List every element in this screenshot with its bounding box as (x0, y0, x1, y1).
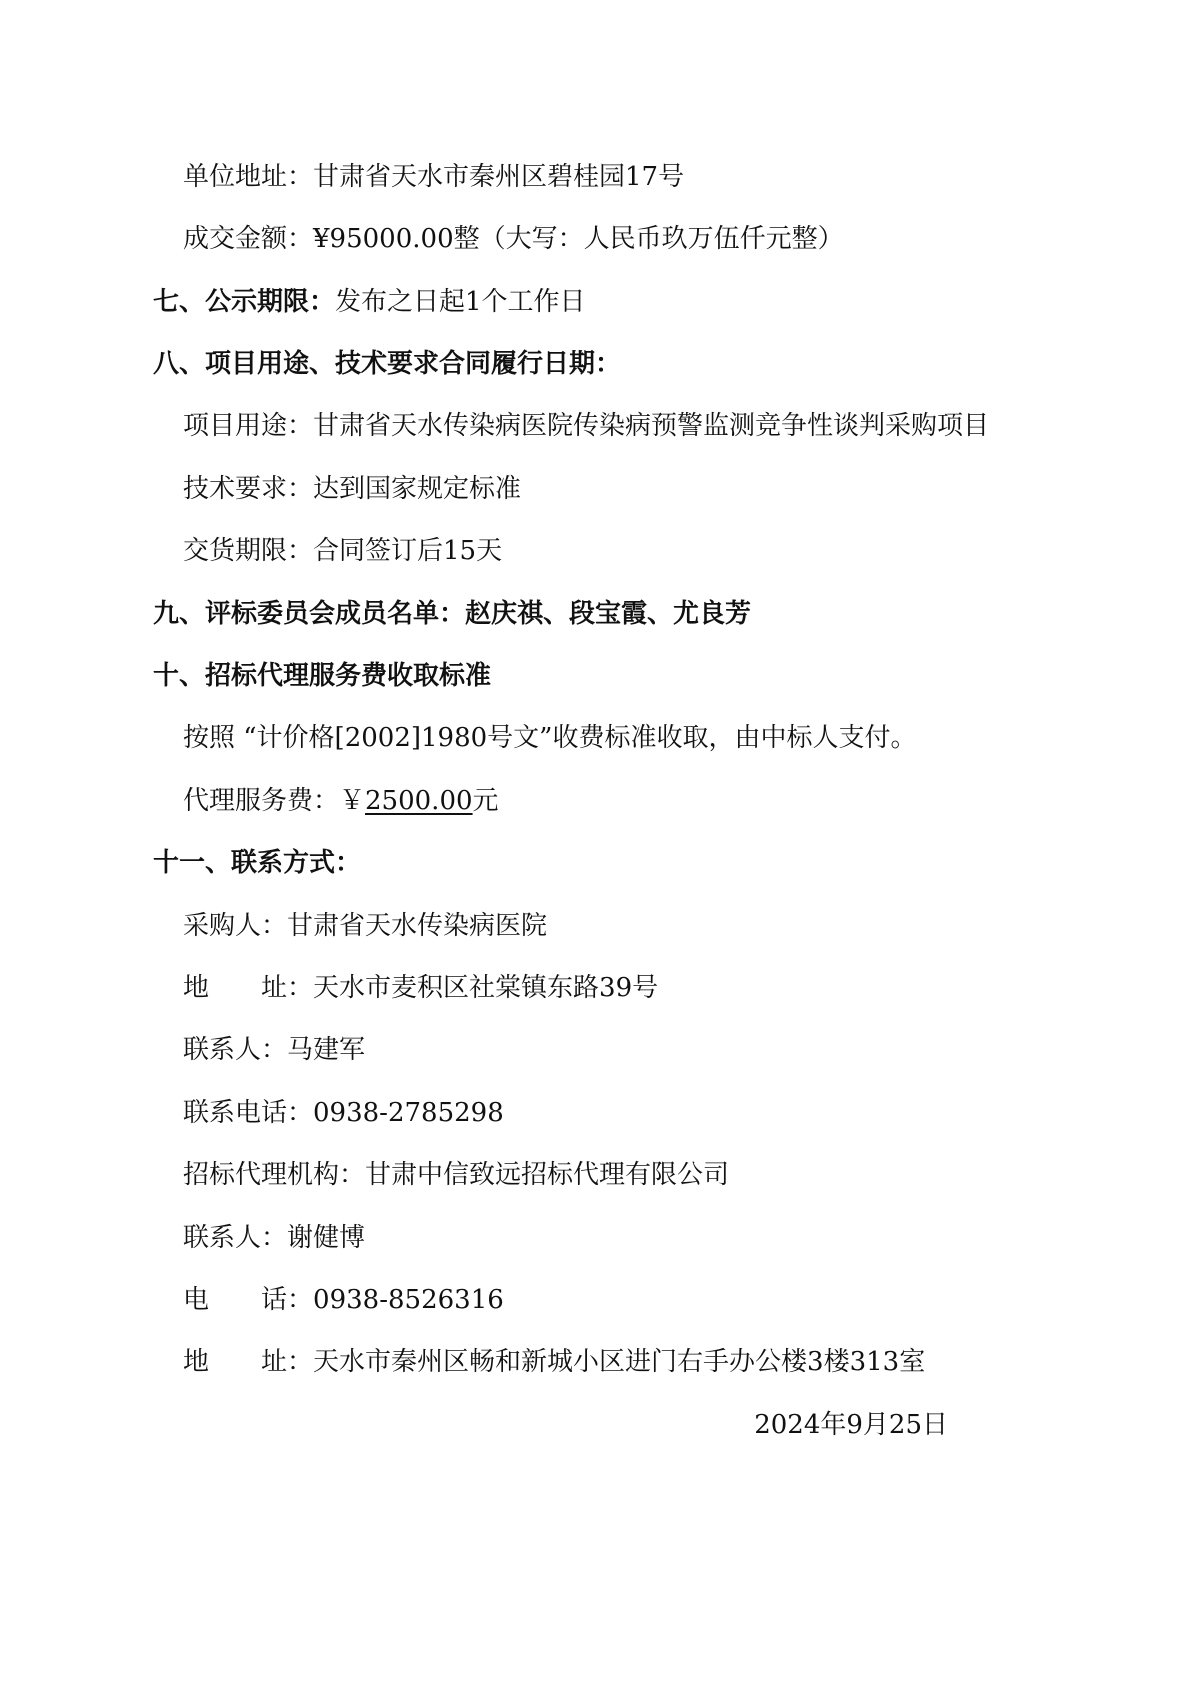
agency-fee-label: 代理服务费：￥ (183, 786, 365, 816)
project-use-line: 项目用途：甘肃省天水传染病医院传染病预警监测竞争性谈判采购项目 (183, 395, 989, 457)
deal-amount-line: 成交金额：¥95000.00整（大写：人民币玖万伍仟元整） (183, 208, 844, 270)
agency-contact-value: 谢健博 (287, 1223, 365, 1253)
agency-value: 甘肃中信致远招标代理有限公司 (365, 1160, 729, 1190)
purchaser-line: 采购人：甘肃省天水传染病医院 (183, 895, 547, 957)
unit-address-value: 甘肃省天水市秦州区碧桂园17号 (313, 162, 684, 192)
delivery-period-value: 合同签订后15天 (313, 536, 502, 566)
publicity-period-value: 发布之日起1个工作日 (335, 287, 586, 317)
deal-amount-label: 成交金额： (183, 224, 313, 254)
tech-requirement-label: 技术要求： (183, 474, 313, 504)
document-date: 2024年9月25日 (754, 1394, 948, 1456)
section-9-heading: 九、评标委员会成员名单： (153, 599, 465, 629)
unit-address-line: 单位地址：甘肃省天水市秦州区碧桂园17号 (183, 146, 684, 208)
agency-address-line: 地址：天水市秦州区畅和新城小区进门右手办公楼3楼313室 (183, 1331, 925, 1393)
deal-amount-value: ¥95000.00整（大写：人民币玖万伍仟元整） (313, 224, 844, 254)
unit-address-label: 单位地址： (183, 162, 313, 192)
delivery-period-label: 交货期限： (183, 536, 313, 566)
agency-phone-line: 电话：0938-8526316 (183, 1269, 504, 1331)
agency-phone-value: 0938-8526316 (313, 1285, 504, 1315)
agency-fee-line: 代理服务费：￥2500.00元 (183, 770, 499, 832)
agency-phone-label-a: 电 (183, 1285, 209, 1315)
purchaser-address-label-b: 址： (261, 973, 313, 1003)
purchaser-address-value: 天水市麦积区社棠镇东路39号 (313, 973, 658, 1003)
project-use-label: 项目用途： (183, 411, 313, 441)
tech-requirement-value: 达到国家规定标准 (313, 474, 521, 504)
purchaser-address-line: 地址：天水市麦积区社棠镇东路39号 (183, 957, 658, 1019)
project-use-value: 甘肃省天水传染病医院传染病预警监测竞争性谈判采购项目 (313, 411, 989, 441)
purchaser-contact-label: 联系人： (183, 1035, 287, 1065)
section-7-heading: 七、公示期限： (153, 287, 335, 317)
purchaser-contact-line: 联系人：马建军 (183, 1019, 365, 1081)
document-page: 单位地址：甘肃省天水市秦州区碧桂园17号 成交金额：¥95000.00整（大写：… (0, 0, 1191, 1684)
section-8-heading: 八、项目用途、技术要求合同履行日期： (153, 333, 621, 395)
tech-requirement-line: 技术要求：达到国家规定标准 (183, 458, 521, 520)
purchaser-phone-line: 联系电话：0938-2785298 (183, 1082, 504, 1144)
agency-contact-label: 联系人： (183, 1223, 287, 1253)
agency-address-value: 天水市秦州区畅和新城小区进门右手办公楼3楼313室 (313, 1347, 925, 1377)
purchaser-phone-label: 联系电话： (183, 1098, 313, 1128)
agency-address-label-b: 址： (261, 1347, 313, 1377)
purchaser-label: 采购人： (183, 911, 287, 941)
fee-standard-line: 按照 “计价格[2002]1980号文”收费标准收取，由中标人支付。 (183, 707, 916, 769)
agency-address-label-a: 地 (183, 1347, 209, 1377)
section-10-heading: 十、招标代理服务费收取标准 (153, 645, 491, 707)
purchaser-phone-value: 0938-2785298 (313, 1098, 504, 1128)
agency-contact-line: 联系人：谢健博 (183, 1207, 365, 1269)
publicity-period-line: 七、公示期限：发布之日起1个工作日 (153, 271, 586, 333)
agency-fee-unit: 元 (473, 786, 499, 816)
section-11-heading: 十一、联系方式： (153, 832, 361, 894)
delivery-period-line: 交货期限：合同签订后15天 (183, 520, 502, 582)
agency-label: 招标代理机构： (183, 1160, 365, 1190)
purchaser-value: 甘肃省天水传染病医院 (287, 911, 547, 941)
purchaser-address-label-a: 地 (183, 973, 209, 1003)
agency-phone-label-b: 话： (261, 1285, 313, 1315)
purchaser-contact-value: 马建军 (287, 1035, 365, 1065)
committee-members: 赵庆祺、段宝霞、尤良芳 (465, 599, 751, 629)
agency-fee-amount: 2500.00 (365, 786, 473, 816)
committee-line: 九、评标委员会成员名单：赵庆祺、段宝霞、尤良芳 (153, 583, 751, 645)
agency-line: 招标代理机构：甘肃中信致远招标代理有限公司 (183, 1144, 729, 1206)
